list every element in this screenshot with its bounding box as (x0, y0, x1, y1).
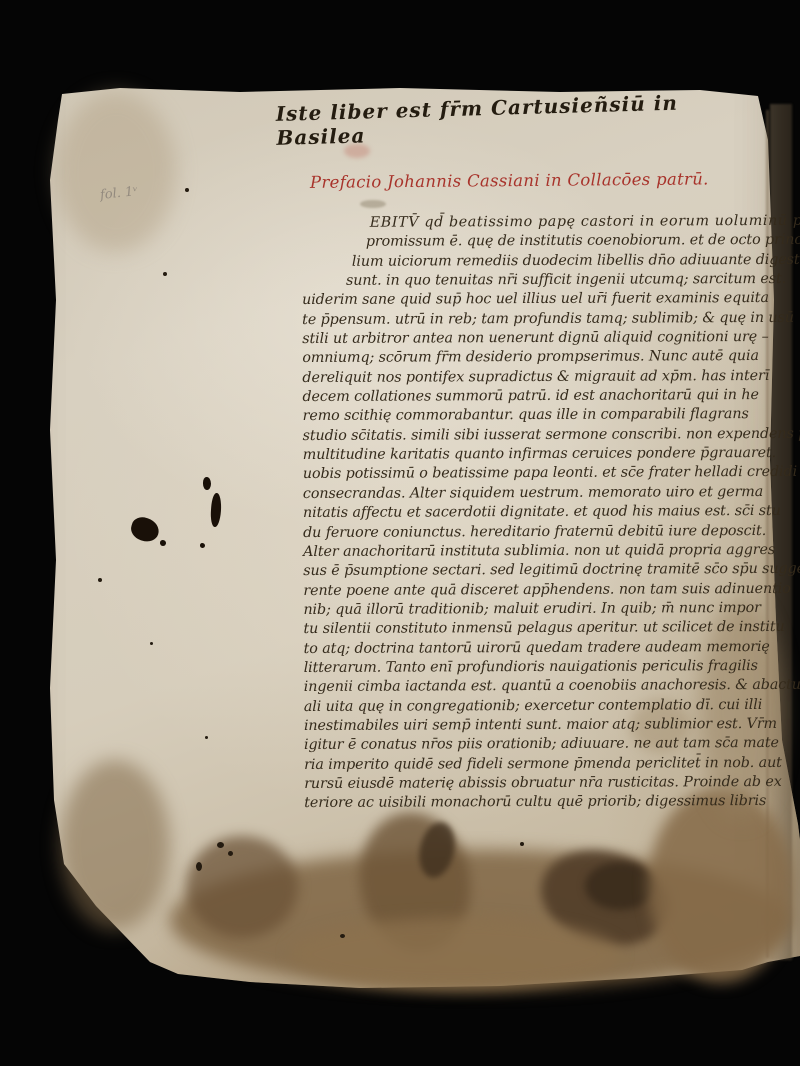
manuscript-text-line: rursū eiusdē materię abissis obruatur nr… (304, 773, 756, 794)
water-stain (585, 862, 655, 910)
manuscript-text-block: EBITV̄ qd̄ beatissimo papę castori in eo… (302, 212, 757, 814)
wormhole (205, 736, 208, 739)
faint-marginal-scribble (360, 200, 386, 208)
manuscript-text-line: nitatis affectu et sacerdotii dignitate.… (303, 502, 755, 523)
ink-speck (196, 862, 202, 871)
water-stain (186, 836, 298, 938)
manuscript-text-line: EBITV̄ qd̄ beatissimo papę castori in eo… (370, 212, 754, 233)
water-stain (648, 788, 793, 983)
manuscript-text-line: uiderim sane quid sup̄ hoc uel illius ue… (302, 289, 754, 310)
manuscript-text-line: omniumq; scōrum fr̄m desiderio prompseri… (302, 347, 754, 368)
manuscript-text-line: lium uiciorum remediis duodecim libellis… (352, 251, 754, 272)
water-stain (290, 918, 620, 990)
manuscript-text-line: dereliquit nos pontifex supradictus & mi… (302, 367, 754, 388)
manuscript-text-line: consecrandas. Alter siquidem uestrum. me… (303, 483, 755, 504)
manuscript-text-line: stili ut arbitror antea non uenerunt dig… (302, 328, 754, 349)
manuscript-photo: D (0, 0, 800, 1066)
ink-speck (520, 842, 524, 846)
manuscript-text-line: uobis potissimū o beatissime papa leonti… (303, 463, 755, 484)
manuscript-text-line: ria imperito quidē sed fideli sermone p̄… (304, 754, 756, 775)
wormhole (150, 642, 153, 645)
manuscript-text-line: Alter anachoritarū instituta sublimia. n… (303, 541, 755, 562)
manuscript-text-line: igitur ē conatus nr̄os piis orationib; a… (304, 734, 756, 755)
manuscript-text-line: inestimabiles uiri semp̄ intenti sunt. m… (304, 715, 756, 736)
initial-letter-label: D (0, 0, 1, 1)
manuscript-text-line: sus ē p̄sumptione sectari. sed legitimū … (303, 560, 755, 581)
manuscript-text-line: rente poene ante quā disceret app̄henden… (303, 580, 755, 601)
manuscript-text-line: du feruore coniunctus. hereditario frate… (303, 522, 755, 543)
manuscript-text-line: nib; quā illorū traditionib; maluit erud… (303, 599, 755, 620)
manuscript-text-line: litterarum. Tanto enī profundioris nauig… (304, 657, 756, 678)
manuscript-text-line: tu silentii constituto inmensū pelagus a… (303, 618, 755, 639)
manuscript-text-line: ingenii cimba iactanda est. quantū a coe… (304, 676, 756, 697)
ink-speck (340, 934, 345, 938)
manuscript-text-line: multitudine karitatis quanto infirmas ce… (303, 444, 755, 465)
rubric-title: Prefacio Johannis Cassiani in Collacōes … (310, 169, 740, 192)
manuscript-text-line: promissum ē. quę de institutis coenobior… (366, 231, 754, 252)
ink-speck (217, 842, 224, 848)
ink-speck (228, 851, 233, 856)
manuscript-text-line: studio sc̄itatis. simili sibi iusserat s… (303, 425, 755, 446)
manuscript-text-line: decem collationes summorū patrū. id est … (302, 386, 754, 407)
manuscript-text-line: to atq; doctrina tantorū uirorū quedam t… (304, 638, 756, 659)
manuscript-text-line: sunt. in quo tenuitas nr̄i sufficit inge… (346, 270, 754, 291)
manuscript-text-line: teriore ac uisibili monachorū cultu quē … (304, 792, 756, 813)
edge-discoloration (60, 760, 170, 930)
manuscript-text-line: ali uita quę in congregationib; exercetu… (304, 696, 756, 717)
manuscript-text-line: te p̄pensum. utrū in reb; tam profundis … (302, 309, 754, 330)
manuscript-text-line: remo scithię commorabantur. quas ille in… (303, 405, 755, 426)
